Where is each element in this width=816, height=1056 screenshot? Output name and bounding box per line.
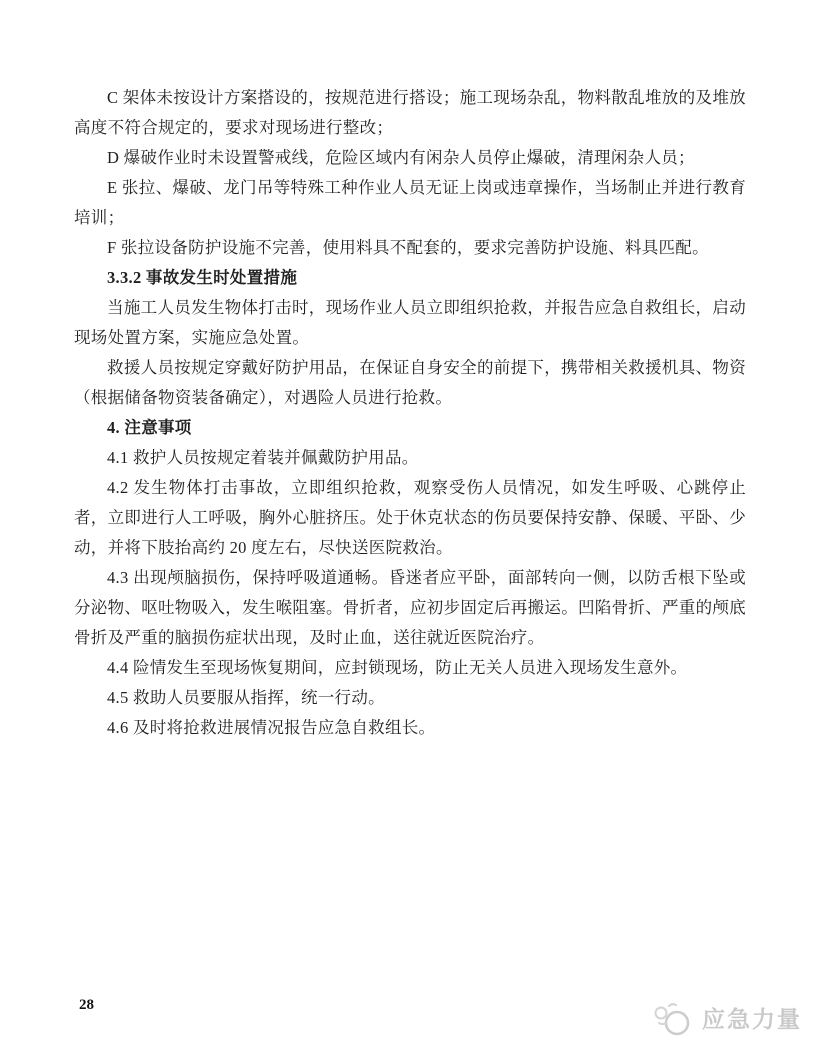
paragraph: D 爆破作业时未设置警戒线，危险区域内有闲杂人员停止爆破，清理闲杂人员；	[74, 143, 746, 173]
section-heading: 4. 注意事项	[74, 413, 746, 443]
paragraph: 当施工人员发生物体打击时，现场作业人员立即组织抢救，并报告应急自救组长，启动现场…	[74, 293, 746, 353]
paragraph: 4.3 出现颅脑损伤，保持呼吸道通畅。昏迷者应平卧，面部转向一侧，以防舌根下坠或…	[74, 563, 746, 653]
paragraph: E 张拉、爆破、龙门吊等特殊工种作业人员无证上岗或违章操作，当场制止并进行教育培…	[74, 173, 746, 233]
paragraph: C 架体未按设计方案搭设的，按规范进行搭设；施工现场杂乱，物料散乱堆放的及堆放高…	[74, 83, 746, 143]
paragraph: 救援人员按规定穿戴好防护用品，在保证自身安全的前提下，携带相关救援机具、物资（根…	[74, 353, 746, 413]
paragraph: 4.4 险情发生至现场恢复期间，应封锁现场，防止无关人员进入现场发生意外。	[74, 653, 746, 683]
paragraph: 4.6 及时将抢救进展情况报告应急自救组长。	[74, 713, 746, 743]
paragraph: 4.2 发生物体打击事故，立即组织抢救，观察受伤人员情况，如发生呼吸、心跳停止者…	[74, 473, 746, 563]
document-body: C 架体未按设计方案搭设的，按规范进行搭设；施工现场杂乱，物料散乱堆放的及堆放高…	[74, 83, 746, 743]
emergency-force-logo-icon	[652, 1000, 696, 1038]
watermark: 应急力量	[652, 1000, 802, 1038]
paragraph: 4.5 救助人员要服从指挥，统一行动。	[74, 683, 746, 713]
document-page: C 架体未按设计方案搭设的，按规范进行搭设；施工现场杂乱，物料散乱堆放的及堆放高…	[0, 0, 816, 1056]
section-heading: 3.3.2 事故发生时处置措施	[74, 263, 746, 293]
watermark-text: 应急力量	[702, 1000, 802, 1038]
paragraph: 4.1 救护人员按规定着装并佩戴防护用品。	[74, 443, 746, 473]
paragraph: F 张拉设备防护设施不完善，使用料具不配套的，要求完善防护设施、料具匹配。	[74, 233, 746, 263]
page-number: 28	[79, 997, 94, 1014]
